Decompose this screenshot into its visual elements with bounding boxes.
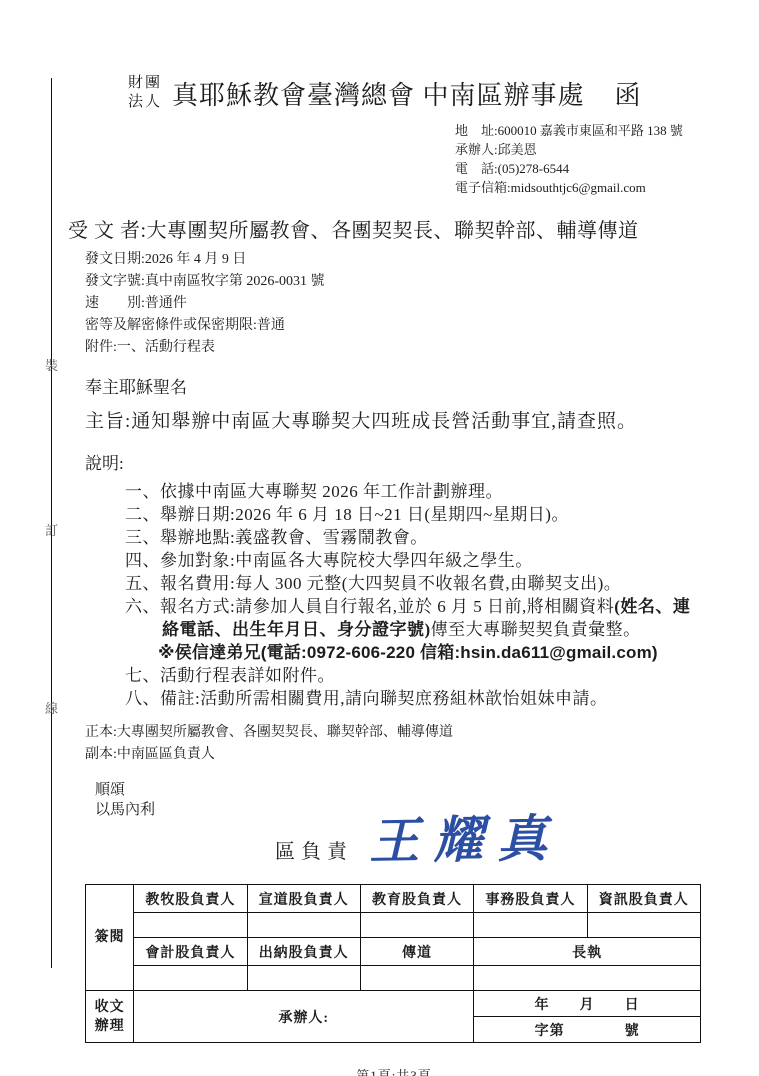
receipt-label-line2: 辦理 — [88, 1017, 131, 1036]
header-it: 資訊股負責人 — [587, 885, 700, 913]
header-affairs: 事務股負責人 — [474, 885, 587, 913]
explanation-item-1: 一、依據中南區大專聯契 2026 年工作計劃辦理。 — [125, 480, 695, 503]
signature-stamp: 王耀真 — [368, 798, 561, 873]
contact-phone: 電 話:(05)278-6544 — [455, 159, 703, 178]
sign-cell-affairs — [474, 913, 587, 938]
sign-cell-it — [587, 913, 700, 938]
sign-section-label: 簽閱 — [86, 885, 134, 991]
letter-header: 財團 法人 真耶穌教會臺灣總會 中南區辦事處 函 — [128, 74, 703, 112]
item6-post-text: 傳至大專聯契契負責彙整。 — [431, 620, 641, 639]
explanation-item-2: 二、舉辦日期:2026 年 6 月 18 日~21 日(星期四~星期日)。 — [125, 503, 695, 526]
header-education: 教育股負責人 — [360, 885, 473, 913]
explanation-list: 一、依據中南區大專聯契 2026 年工作計劃辦理。 二、舉辦日期:2026 年 … — [125, 480, 695, 710]
official-letter-page: 裝 訂 線 財團 法人 真耶穌教會臺灣總會 中南區辦事處 函 地 址:60001… — [0, 0, 759, 1076]
meta-attachment: 附件:一、活動行程表 — [85, 337, 703, 359]
salutation-line: 奉主耶穌聖名 — [85, 373, 703, 398]
explanation-item-3: 三、舉辦地點:義盛教會、雪霧鬧教會。 — [125, 526, 695, 549]
table-row-department-heads-2: 會計股負責人 出納股負責人 傳道 長執 — [86, 938, 701, 966]
table-row-signature-space-2 — [86, 966, 701, 991]
binding-char-xian: 線 — [43, 698, 60, 717]
explanation-item-7: 七、活動行程表詳如附件。 — [125, 664, 695, 687]
meta-block: 發文日期:2026 年 4 月 9 日 發文字號:真中南區牧字第 2026-00… — [85, 249, 703, 359]
closing-block: 順頌 以馬內利 — [95, 780, 155, 872]
original-copy-line: 正本:大專團契所屬教會、各團契契長、聯契幹部、輔導傳道 — [85, 722, 703, 744]
binding-char-ding: 訂 — [43, 520, 60, 539]
sign-cell-accounting — [134, 966, 247, 991]
explanation-item-8: 八、備註:活動所需相關費用,請向聯契庶務組林歆怡姐妹申請。 — [125, 687, 695, 710]
sign-cell-evangelism — [247, 913, 360, 938]
receipt-section-label: 收文 辦理 — [86, 991, 134, 1043]
sign-cell-pastoral — [134, 913, 247, 938]
explanation-heading: 說明: — [85, 449, 703, 474]
receipt-label-line1: 收文 — [88, 998, 131, 1017]
handler-cell: 承辦人: — [134, 991, 474, 1043]
meta-speed-class: 速 別:普通件 — [85, 293, 703, 315]
sign-section-label-text: 簽閱 — [95, 930, 125, 945]
table-row-receipt-1: 收文 辦理 承辦人: 年 月 日 — [86, 991, 701, 1017]
header-cashier: 出納股負責人 — [247, 938, 360, 966]
copies-block: 正本:大專團契所屬教會、各團契契長、聯契幹部、輔導傳道 副本:中南區區負責人 — [85, 722, 703, 766]
explanation-item-6: 六、報名方式:請參加人員自行報名,並於 6 月 5 日前,將相關資料(姓名、連絡… — [125, 595, 695, 641]
contact-handler: 承辦人:邱美恩 — [455, 140, 703, 159]
org-name-title: 真耶穌教會臺灣總會 中南區辦事處 — [172, 75, 585, 112]
meta-issue-date: 發文日期:2026 年 4 月 9 日 — [85, 249, 703, 271]
header-elders-deacons: 長執 — [474, 938, 701, 966]
binding-char-zhuang: 裝 — [43, 355, 60, 374]
org-type-label: 財團 法人 — [128, 74, 162, 112]
table-row-signature-space-1 — [86, 913, 701, 938]
contact-email: 電子信箱:midsouthtjc6@gmail.com — [455, 178, 703, 197]
receipt-number-cell: 字第 號 — [474, 1017, 701, 1043]
header-accounting: 會計股負責人 — [134, 938, 247, 966]
closing-line2: 以馬內利 — [95, 800, 155, 820]
sign-off-table: 簽閱 教牧股負責人 宣道股負責人 教育股負責人 事務股負責人 資訊股負責人 會計… — [85, 884, 701, 1043]
registration-contact-note: ※侯信達弟兄(電話:0972-606-220 信箱:hsin.da611@gma… — [158, 641, 695, 664]
closing-line1: 順頌 — [95, 780, 155, 800]
letter-content: 財團 法人 真耶穌教會臺灣總會 中南區辦事處 函 地 址:600010 嘉義市東… — [85, 74, 703, 1076]
sign-cell-elders-deacons — [474, 966, 701, 991]
explanation-item-5: 五、報名費用:每人 300 元整(大四契員不收報名費,由聯契支出)。 — [125, 572, 695, 595]
signer-title: 區負責 — [275, 835, 353, 872]
recipient-line: 受 文 者:大專團契所屬教會、各團契契長、聯契幹部、輔導傳道 — [68, 214, 703, 243]
page-number-footer: 第1頁;共3頁 — [85, 1065, 703, 1076]
duplicate-copy-line: 副本:中南區區負責人 — [85, 744, 703, 766]
org-type-line1: 財團 — [128, 74, 162, 93]
receipt-date-cell: 年 月 日 — [474, 991, 701, 1017]
sign-cell-cashier — [247, 966, 360, 991]
contact-address: 地 址:600010 嘉義市東區和平路 138 號 — [455, 121, 703, 140]
contact-block: 地 址:600010 嘉義市東區和平路 138 號 承辦人:邱美恩 電 話:(0… — [455, 121, 703, 197]
item6-pre-text: 六、報名方式:請參加人員自行報名,並於 6 月 5 日前,將相關資料 — [125, 597, 614, 616]
signature-group: 區負責 王耀真 — [275, 802, 561, 872]
table-row-department-heads-1: 簽閱 教牧股負責人 宣道股負責人 教育股負責人 事務股負責人 資訊股負責人 — [86, 885, 701, 913]
subject-line: 主旨:通知舉辦中南區大專聯契大四班成長營活動事宜,請查照。 — [85, 406, 703, 433]
meta-doc-number: 發文字號:真中南區牧字第 2026-0031 號 — [85, 271, 703, 293]
header-pastoral: 教牧股負責人 — [134, 885, 247, 913]
sign-cell-education — [360, 913, 473, 938]
meta-security-class: 密等及解密條件或保密期限:普通 — [85, 315, 703, 337]
closing-row: 順頌 以馬內利 區負責 王耀真 — [85, 780, 703, 872]
sign-cell-preacher — [360, 966, 473, 991]
header-evangelism: 宣道股負責人 — [247, 885, 360, 913]
header-preacher: 傳道 — [360, 938, 473, 966]
org-type-line2: 法人 — [128, 93, 162, 112]
explanation-item-4: 四、參加對象:中南區各大專院校大學四年級之學生。 — [125, 549, 695, 572]
doc-type-label: 函 — [615, 75, 641, 112]
